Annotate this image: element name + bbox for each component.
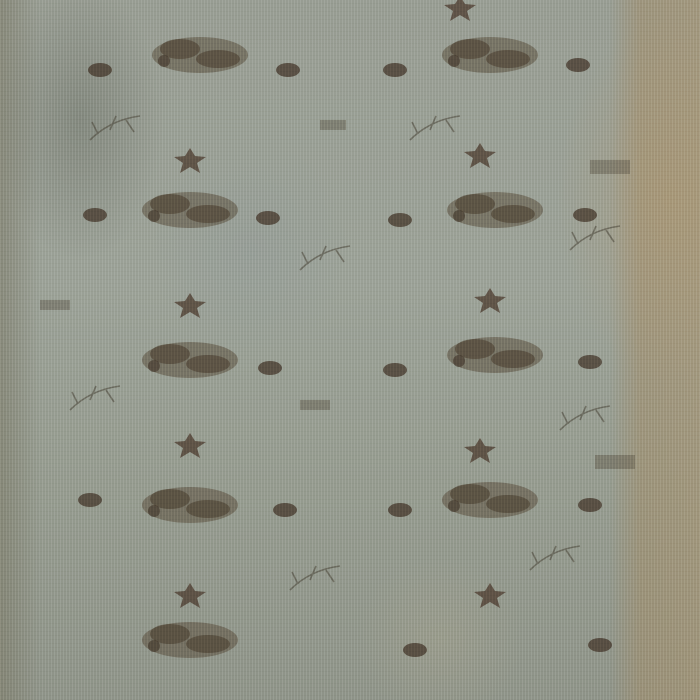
woven-texture [0,0,700,700]
rug-image [0,0,700,700]
